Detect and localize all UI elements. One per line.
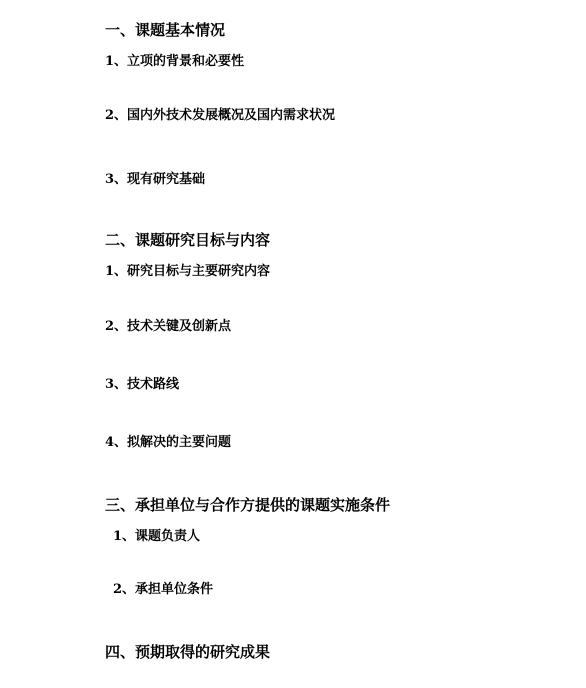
section-heading-3: 三、承担单位与合作方提供的课题实施条件 [105, 498, 390, 513]
subsection-1-1: 1、立项的背景和必要性 [105, 55, 244, 68]
subsection-2-2: 2、技术关键及创新点 [105, 320, 231, 333]
subsection-2-1: 1、研究目标与主要研究内容 [105, 265, 270, 278]
subsection-2-4: 4、拟解决的主要问题 [105, 436, 231, 449]
section-heading-4: 四、预期取得的研究成果 [105, 645, 270, 660]
section-heading-1: 一、课题基本情况 [105, 23, 225, 38]
subsection-3-2: 2、承担单位条件 [113, 583, 213, 596]
subsection-1-2: 2、国内外技术发展概况及国内需求状况 [105, 109, 335, 122]
section-heading-2: 二、课题研究目标与内容 [105, 233, 270, 248]
subsection-1-3: 3、现有研究基础 [105, 173, 205, 186]
subsection-3-1: 1、课题负责人 [113, 530, 200, 543]
subsection-2-3: 3、技术路线 [105, 378, 179, 391]
